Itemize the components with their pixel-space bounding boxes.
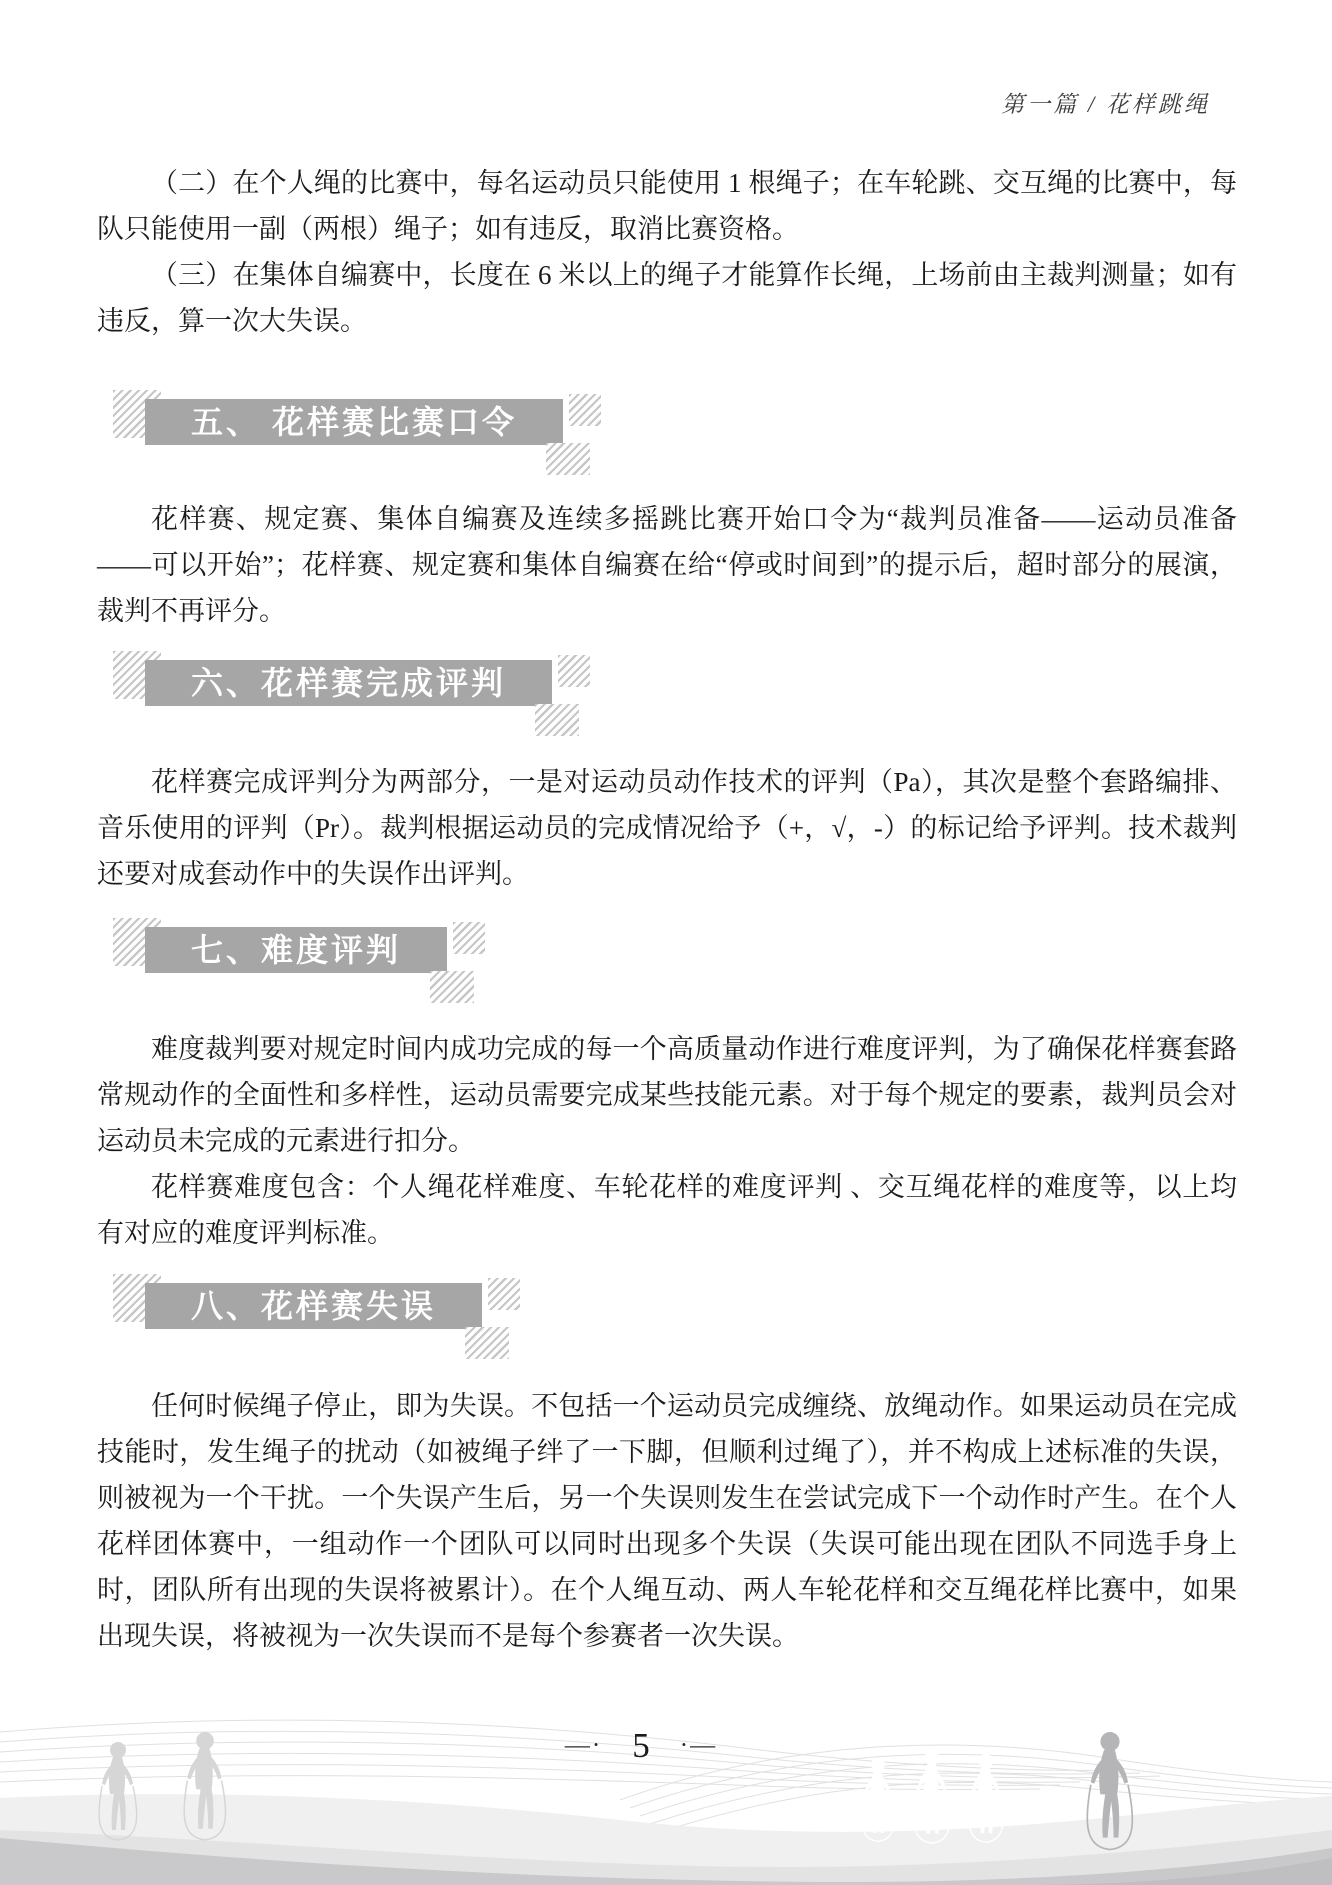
hatch-decoration-bottom-right	[535, 704, 579, 736]
hatch-decoration-bottom-right	[546, 443, 590, 475]
heading-label: 七、难度评判	[191, 932, 401, 968]
section-heading-7: 七、难度评判	[145, 927, 447, 973]
heading-band: 六、花样赛完成评判	[145, 660, 552, 706]
paragraph: 花样赛完成评判分为两部分，一是对运动员动作技术的评判（Pa），其次是整个套路编排…	[97, 759, 1237, 897]
hatch-decoration-top-right	[488, 1278, 520, 1310]
paragraph: （二）在个人绳的比赛中，每名运动员只能使用 1 根绳子；在车轮跳、交互绳的比赛中…	[97, 160, 1237, 252]
heading-label: 五、 花样赛比赛口令	[191, 404, 517, 440]
heading-band: 七、难度评判	[145, 927, 447, 973]
section-heading-6: 六、花样赛完成评判	[145, 660, 552, 706]
footer-decoration	[0, 1680, 1332, 1885]
paragraph: （三）在集体自编赛中，长度在 6 米以上的绳子才能算作长绳，上场前由主裁判测量；…	[97, 252, 1237, 344]
section-8-body: 任何时候绳子停止，即为失误。不包括一个运动员完成缠绕、放绳动作。如果运动员在完成…	[97, 1383, 1237, 1659]
paragraph: 花样赛难度包含：个人绳花样难度、车轮花样的难度评判 、交互绳花样的难度等，以上均…	[97, 1164, 1237, 1256]
page-number-row: —· 5 ·—	[97, 1726, 1185, 1766]
section-7-body: 难度裁判要对规定时间内成功完成的每一个高质量动作进行难度评判，为了确保花样赛套路…	[97, 1026, 1237, 1256]
book-page: 第一篇 / 花样跳绳 （二）在个人绳的比赛中，每名运动员只能使用 1 根绳子；在…	[0, 0, 1332, 1885]
paragraph: 花样赛、规定赛、集体自编赛及连续多摇跳比赛开始口令为“裁判员准备——运动员准备—…	[97, 496, 1237, 634]
heading-band: 八、花样赛失误	[145, 1283, 482, 1329]
hatch-decoration-top-right	[453, 922, 485, 954]
heading-band: 五、 花样赛比赛口令	[145, 399, 563, 445]
section-6-body: 花样赛完成评判分为两部分，一是对运动员动作技术的评判（Pa），其次是整个套路编排…	[97, 759, 1237, 897]
section-5-body: 花样赛、规定赛、集体自编赛及连续多摇跳比赛开始口令为“裁判员准备——运动员准备—…	[97, 496, 1237, 634]
paragraph: 难度裁判要对规定时间内成功完成的每一个高质量动作进行难度评判，为了确保花样赛套路…	[97, 1026, 1237, 1164]
section-heading-5: 五、 花样赛比赛口令	[145, 399, 563, 445]
running-head: 第一篇 / 花样跳绳	[1001, 86, 1210, 119]
page-number-ornament-left: —·	[565, 1732, 602, 1760]
hatch-decoration-top-right	[569, 394, 601, 426]
heading-label: 八、花样赛失误	[191, 1288, 436, 1324]
hatch-decoration-top-right	[558, 655, 590, 687]
heading-label: 六、花样赛完成评判	[191, 665, 506, 701]
intro-paragraphs: （二）在个人绳的比赛中，每名运动员只能使用 1 根绳子；在车轮跳、交互绳的比赛中…	[97, 160, 1237, 344]
hatch-decoration-bottom-right	[430, 971, 474, 1003]
page-number-ornament-right: ·—	[680, 1732, 717, 1760]
section-heading-8: 八、花样赛失误	[145, 1283, 482, 1329]
hatch-decoration-bottom-right	[465, 1327, 509, 1359]
jumper-silhouette	[862, 1758, 894, 1841]
page-number: 5	[632, 1726, 650, 1766]
paragraph: 任何时候绳子停止，即为失误。不包括一个运动员完成缠绕、放绳动作。如果运动员在完成…	[97, 1383, 1237, 1659]
